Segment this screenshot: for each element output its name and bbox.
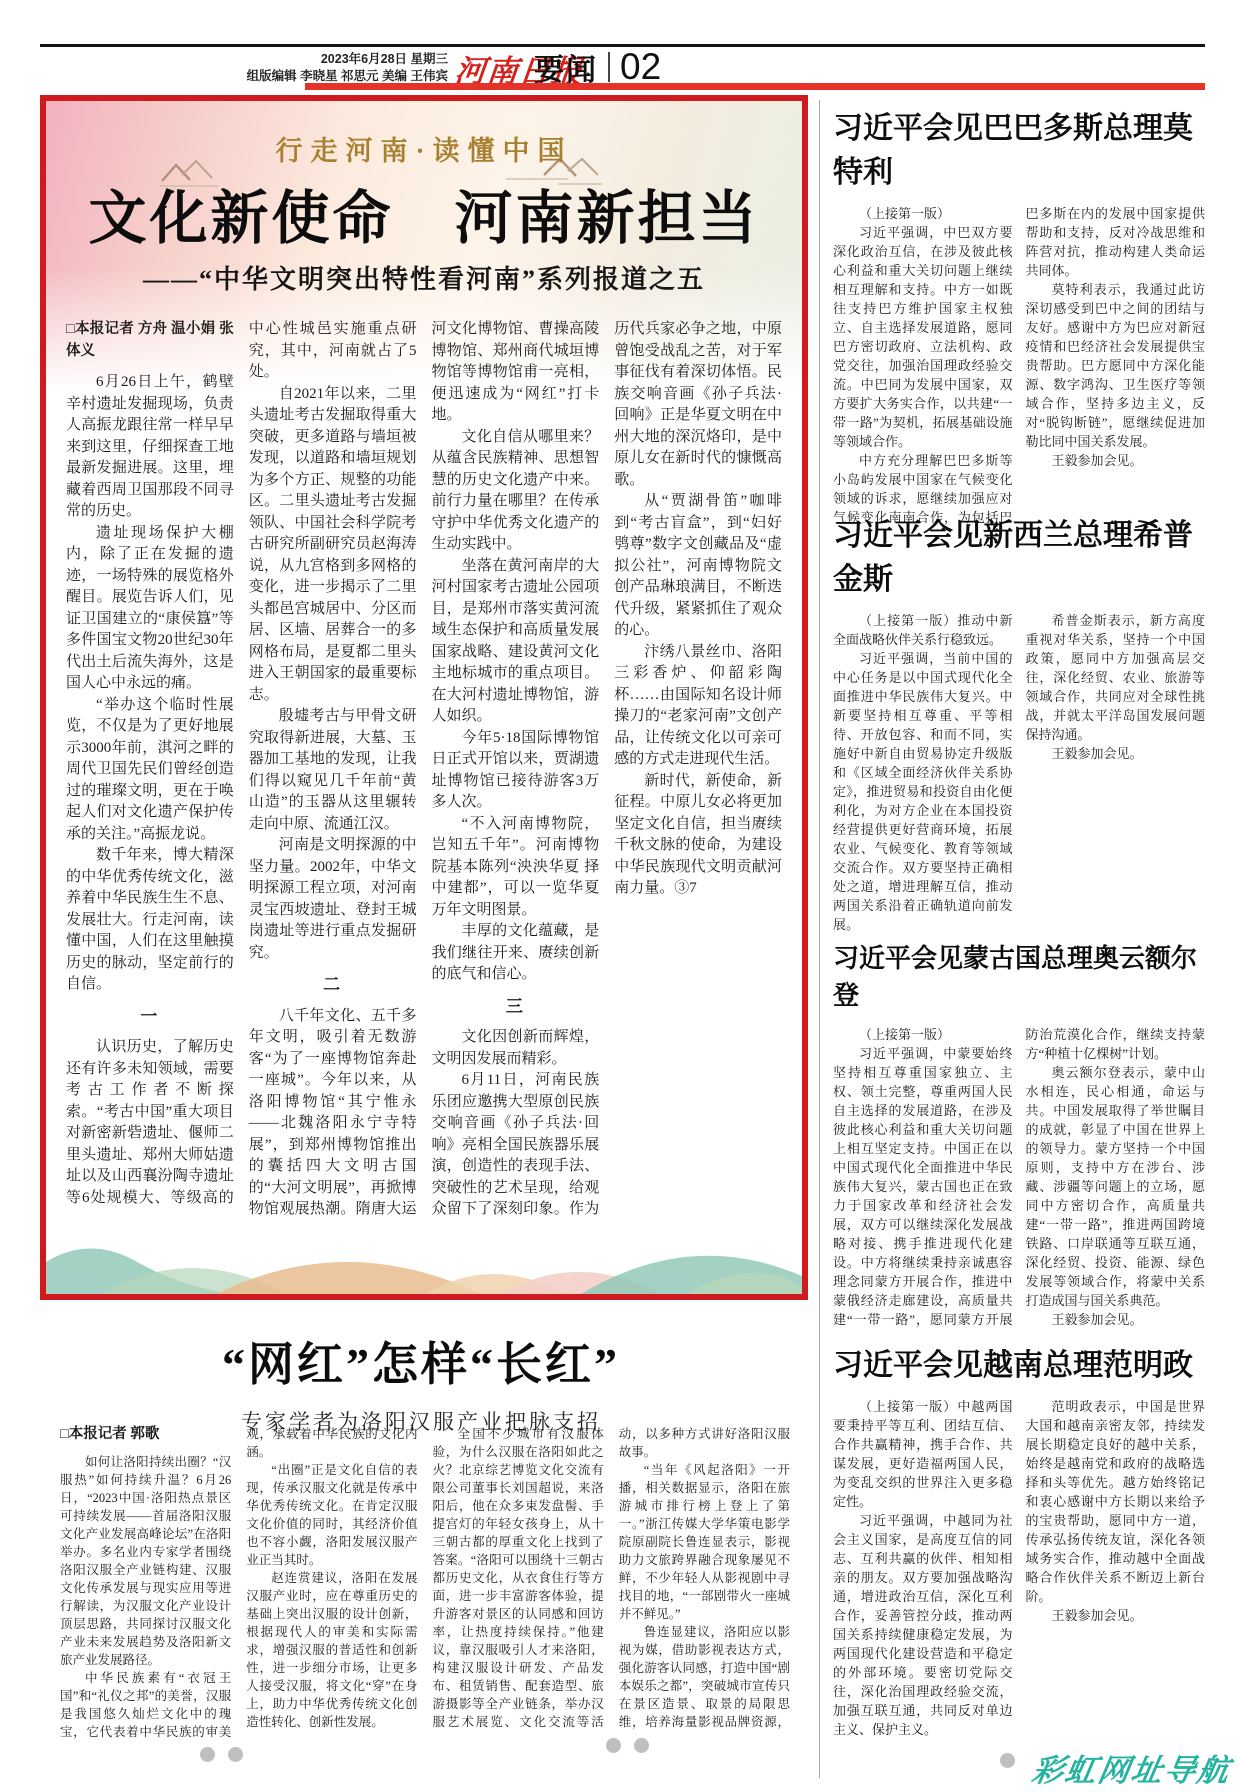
article-headline: 习近平会见蒙古国总理奥云额尔登 [833,938,1205,1012]
body-paragraph: 王毅参加会见。 [1026,744,1206,763]
page-number: 02 [620,46,661,88]
news-article: 习近平会见巴巴多斯总理莫特利 （上接第一版）习近平强调，中巴双方要深化政治互信，… [833,103,1205,534]
article-headline: 习近平会见越南总理范明政 [833,1340,1205,1384]
body-paragraph: 习近平强调，中巴双方要深化政治互信，在涉及彼此核心利益和重大关切问题上继续相互理… [833,223,1013,451]
decorative-dot [606,1738,621,1753]
byline: □本报记者 方舟 温小娟 张体义 [66,319,234,362]
news-article: 习近平会见蒙古国总理奥云额尔登 （上接第一版）习近平强调，中蒙要始终坚持相互尊重… [833,938,1205,1357]
body-paragraph: 新时代，新使命，新征程。中原儿女必将更加坚定文化自信，担当赓续千秋文脉的使命，为… [614,771,782,900]
body-paragraph: 汴绣八景丝巾、洛阳三彩香炉、仰韶彩陶杯……由国际知名设计师操刀的“老家河南”文创… [614,642,782,771]
header-meta: 2023年6月28日 星期三 组版编辑 李晓星 祁思元 美编 王伟宾 [225,51,448,85]
body-paragraph: 河南是文明探源的中坚力量。2002年，中华文明探源工程立项，对河南灵宝西坡遗址、… [249,835,417,964]
byline: □本报记者 郭歌 [60,1425,231,1443]
body-paragraph: （上接第一版） [833,204,1013,223]
article-body-columns: （上接第一版）习近平强调，中巴双方要深化政治互信，在涉及彼此核心利益和重大关切问… [833,204,1205,534]
body-paragraph: 王毅参加会见。 [1026,1606,1206,1625]
body-paragraph: 王毅参加会见。 [1026,451,1206,470]
newspaper-page: 2023年6月28日 星期三 组版编辑 李晓星 祁思元 美编 王伟宾 河南日报 … [0,0,1239,1792]
bottom-article: “网红”怎样“长红” 专家学者为洛阳汉服产业把脉支招 [40,1312,802,1436]
body-paragraph: 赵连赏建议，洛阳在发展汉服产业时，应在尊重历史的基础上突出汉服的设计创新，根据现… [246,1569,417,1731]
feature-body-columns: □本报记者 方舟 温小娟 张体义6月26日上午，鹤壁辛村遗址发掘现场，负责人高振… [66,319,782,1229]
feature-kicker: 行走河南·读懂中国 [46,129,802,168]
body-paragraph: “出圈”正是文化自信的表现，传承汉服文化就是传承中华优秀传统文化。在肯定汉服文化… [246,1461,417,1569]
body-paragraph: “不入河南博物院，岂知五千年”。河南博物院基本陈列“泱泱华夏 择中建都”，可以一… [432,814,600,922]
publication-date: 2023年6月28日 星期三 [225,51,448,68]
body-paragraph: 殷墟考古与甲骨文研究取得新进展，大墓、玉器加工基地的发现，让我们得以窥见几千年前… [249,706,417,835]
feature-subhead: ——“中华文明突出特性看河南”系列报道之五 [46,259,802,296]
body-paragraph: 数千年来，博大精深的中华优秀传统文化，滋养着中华民族生生不息、发展壮大。行走河南… [66,845,234,996]
bottom-article-headline: “网红”怎样“长红” [40,1328,802,1394]
article-body-columns: （上接第一版）中越两国要秉持平等互利、团结互信、合作共赢精神，携手合作、共谋发展… [833,1397,1205,1765]
article-body-columns: （上接第一版）习近平强调，中蒙要始终坚持相互尊重国家独立、主权、领土完整，尊重两… [833,1025,1205,1357]
body-paragraph: （上接第一版）中越两国要秉持平等互利、团结互信、合作共赢精神，携手合作、共谋发展… [833,1397,1013,1511]
watermark-logo: 彩虹网址导航 [1029,1745,1235,1790]
article-body-columns: （上接第一版）推动中新全面战略伙伴关系行稳致远。习近平强调，当前中国的中心任务是… [833,611,1205,959]
body-paragraph: 文化因创新而辉煌，文明因发展而精彩。 [432,1027,600,1070]
body-paragraph: 希普金斯表示，新方高度重视对华关系，坚持一个中国政策，愿同中方加强高层交往，深化… [1026,611,1206,744]
body-paragraph: 遗址现场保护大棚内，除了正在发掘的遗迹，一场特殊的展览格外醒目。展览告诉人们，见… [66,523,234,695]
feature-headline: 文化新使命 河南新担当 [46,171,802,255]
body-paragraph: 今年5·18国际博物馆日正式开馆以来，贾湖遗址博物馆已接待游客3万多人次。 [432,728,600,814]
body-paragraph: 丰厚的文化蕴藏，是我们继往开来、赓续创新的底气和信心。 [432,921,600,986]
body-paragraph: “当年《风起洛阳》一开播，相关数据显示，洛阳在旅游城市排行榜上登上了第一。”浙江… [619,1461,790,1623]
body-paragraph: 奥云额尔登表示，蒙中山水相连，民心相通，命运与共。中国发展取得了举世瞩目的成就，… [1026,1063,1206,1310]
bottom-article-columns: □本报记者 郭歌如何让洛阳持续出圈？“汉服热”如何持续升温？6月26日，“202… [60,1425,790,1747]
section-mark: 二 [249,974,417,996]
decorative-dot [200,1747,215,1762]
body-paragraph: “举办这个临时性展览，不仅是为了更好地展示3000年前，淇河之畔的周代卫国先民们… [66,695,234,846]
decorative-dot [634,1738,649,1753]
news-article: 习近平会见越南总理范明政 （上接第一版）中越两国要秉持平等互利、团结互信、合作共… [833,1340,1205,1765]
body-paragraph: 坐落在黄河南岸的大河村国家考古遗址公园项目，是郑州市落实黄河流域生态保护和高质量… [432,556,600,728]
body-paragraph: 范明政表示，中国是世界大国和越南亲密友邻，持续发展长期稳定良好的越中关系，始终是… [1026,1397,1206,1606]
feature-article-box: 行走河南·读懂中国 文化新使命 河南新担当 ——“中华文明突出特性看河南”系列报… [40,95,808,1300]
body-paragraph: 习近平强调，当前中国的中心任务是以中国式现代化全面推进中华民族伟大复兴。中新要坚… [833,649,1013,934]
body-paragraph: 从“贾湖骨笛”咖啡到“考古盲盒”，到“妇好鸮尊”数字文创藏品及“虚拟公社”，河南… [614,491,782,642]
mountains-illustration [46,1228,802,1294]
body-paragraph: （上接第一版） [833,1025,1013,1044]
body-paragraph: 如何让洛阳持续出圈？“汉服热”如何持续升温？6月26日，“2023中国·洛阳热点… [60,1453,231,1669]
column-divider [819,100,820,1778]
section-divider [608,52,610,82]
section-mark: 三 [432,996,600,1018]
news-article: 习近平会见新西兰总理希普金斯 （上接第一版）推动中新全面战略伙伴关系行稳致远。习… [833,510,1205,959]
body-paragraph: （上接第一版）推动中新全面战略伙伴关系行稳致远。 [833,611,1013,649]
body-paragraph: 习近平强调，中越同为社会主义国家，是高度互信的同志、互利共赢的伙伴、相知相亲的朋… [833,1511,1013,1739]
article-headline: 习近平会见新西兰总理希普金斯 [833,510,1205,598]
decorative-dot [1000,1753,1015,1768]
header-red-bar [305,83,1205,90]
article-headline: 习近平会见巴巴多斯总理莫特利 [833,103,1205,191]
body-paragraph: 莫特利表示，我通过此访深切感受到巴中之间的团结与友好。感谢中方为巴应对新冠疫情和… [1026,280,1206,451]
body-paragraph: 文化自信从哪里来？从蕴含民族精神、思想智慧的历史文化遗产中来。前行力量在哪里？在… [432,427,600,556]
body-paragraph: 王毅参加会见。 [1026,1310,1206,1329]
body-paragraph: 自2021年以来，二里头遗址考古发掘取得重大突破，更多道路与墙垣被发现，以道路和… [249,384,417,707]
section-mark: 一 [66,1006,234,1028]
body-paragraph: 6月26日上午，鹤壁辛村遗址发掘现场，负责人高振龙跟往常一样早早来到这里，仔细探… [66,372,234,523]
decorative-dot [228,1747,243,1762]
